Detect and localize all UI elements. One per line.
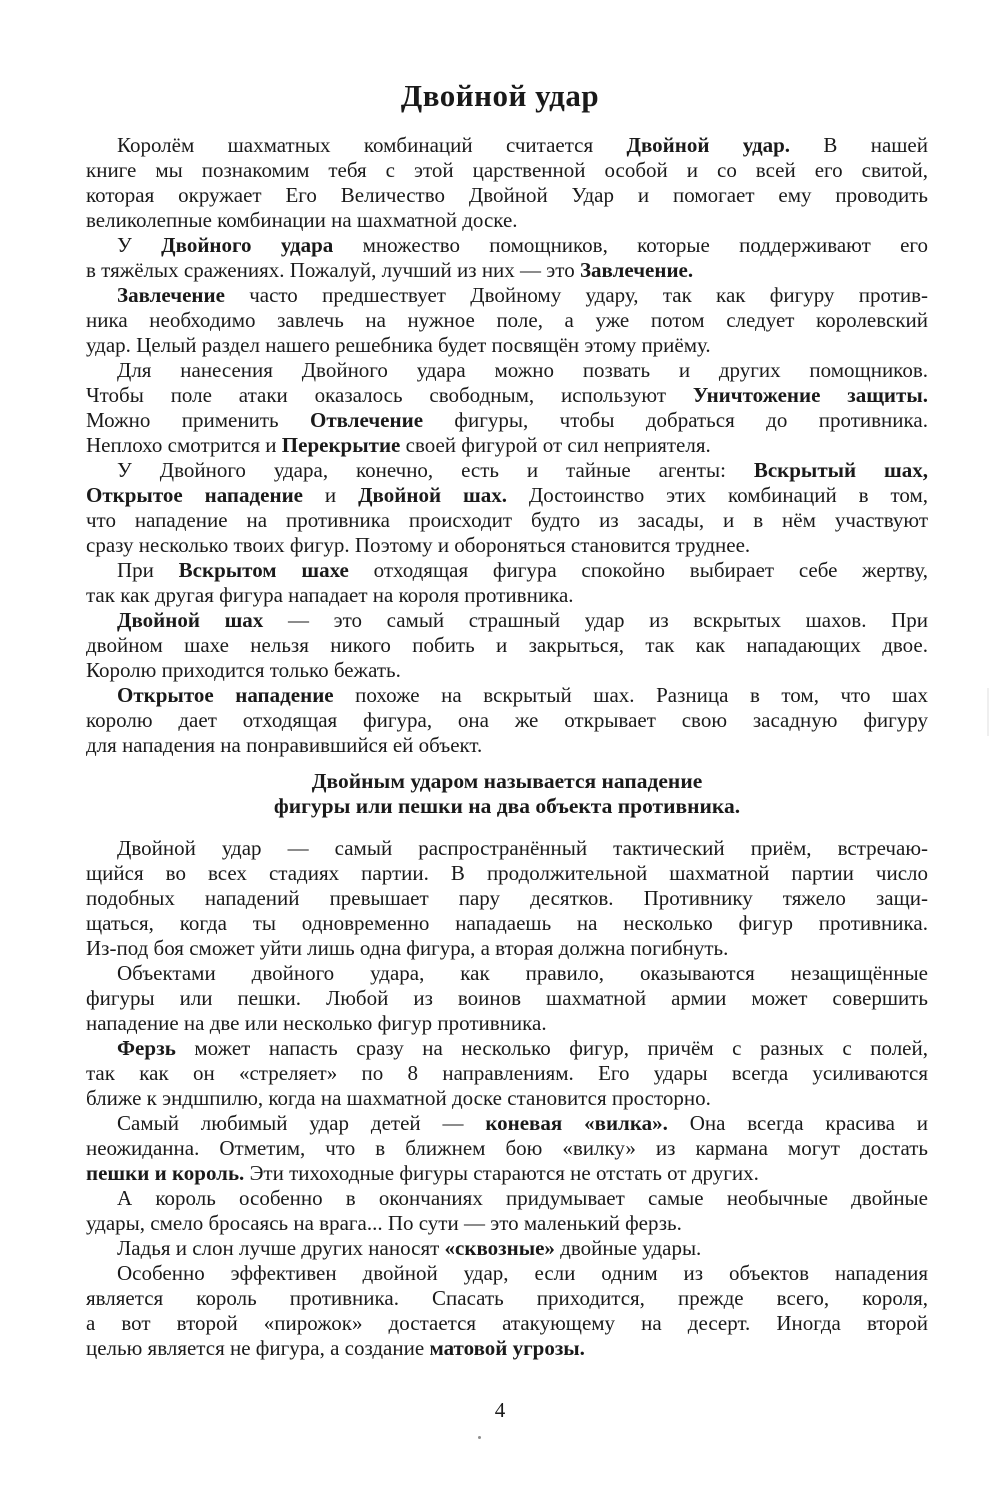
- text-line: подобных нападений превышает пару десятк…: [86, 886, 928, 911]
- text-line: Чтобы поле атаки оказалось свободным, ис…: [86, 383, 928, 408]
- text-line: двойном шахе нельзя никого побить и закр…: [86, 633, 928, 658]
- plain-text: удары, смело бросаясь на врага... По сут…: [86, 1211, 682, 1235]
- plain-text: А король особенно в окончаниях придумыва…: [117, 1186, 928, 1210]
- text-line: что нападение на противника происходит б…: [86, 508, 928, 533]
- plain-text: Для нанесения Двойного удара можно позва…: [117, 358, 928, 382]
- text-line: Открытое нападение и Двойной шах. Достои…: [86, 483, 928, 508]
- bold-text: коневая «вилка».: [485, 1111, 668, 1135]
- page-body: Королём шахматных комбинаций считается Д…: [86, 133, 928, 1361]
- plain-text: Объектами двойного удара, как правило, о…: [117, 961, 928, 985]
- text-line: нападение на две или несколько фигур про…: [86, 1011, 928, 1036]
- plain-text: своей фигурой от сил неприятеля.: [400, 433, 710, 457]
- bold-text: Вскрытый шах,: [754, 458, 928, 482]
- plain-text: сразу несколько твоих фигур. Поэтому и о…: [86, 533, 750, 557]
- scan-speck: [478, 1436, 481, 1439]
- plain-text: Из-под боя сможет уйти лишь одна фигура,…: [86, 936, 728, 960]
- plain-text: а вот второй «пирожок» достается атакующ…: [86, 1311, 928, 1335]
- centered-heading: Двойным ударом называется нападениефигур…: [86, 769, 928, 819]
- plain-text: является король противника. Спасать прих…: [86, 1286, 928, 1310]
- plain-text: удар. Целый раздел нашего решебника буде…: [86, 333, 711, 357]
- text-line: так как другая фигура нападает на короля…: [86, 583, 928, 608]
- plain-text: Можно применить: [86, 408, 310, 432]
- bold-text: Завлечение: [117, 283, 225, 307]
- plain-text: целью является не фигура, а создание: [86, 1336, 429, 1360]
- text-line: которая окружает Его Величество Двойной …: [86, 183, 928, 208]
- page-title: Двойной удар: [0, 0, 1000, 113]
- paragraph: Завлечение часто предшествует Двойному у…: [86, 283, 928, 358]
- text-line: щаться, когда ты одновременно нападаешь …: [86, 911, 928, 936]
- text-line: Королю приходится только бежать.: [86, 658, 928, 683]
- paragraph: Открытое нападение похоже на вскрытый ша…: [86, 683, 928, 758]
- plain-text: великолепные комбинации на шахматной дос…: [86, 208, 518, 232]
- text-line: удары, смело бросаясь на врага... По сут…: [86, 1211, 928, 1236]
- plain-text: фигуры, чтобы добраться до противника.: [423, 408, 928, 432]
- plain-text: отходящая фигура спокойно выбирает себе …: [349, 558, 928, 582]
- scan-artifact-line: [987, 688, 989, 736]
- bold-text: «сквозные»: [445, 1236, 555, 1260]
- text-line: Двойной шах — это самый страшный удар из…: [86, 608, 928, 633]
- text-line: Из-под боя сможет уйти лишь одна фигура,…: [86, 936, 928, 961]
- text-line: Можно применить Отвлечение фигуры, чтобы…: [86, 408, 928, 433]
- plain-text: Самый любимый удар детей —: [117, 1111, 485, 1135]
- bold-text: Двойной шах.: [358, 483, 507, 507]
- text-line: Самый любимый удар детей — коневая «вилк…: [86, 1111, 928, 1136]
- paragraph: А король особенно в окончаниях придумыва…: [86, 1186, 928, 1236]
- plain-text: Чтобы поле атаки оказалось свободным, ис…: [86, 383, 693, 407]
- text-line: великолепные комбинации на шахматной дос…: [86, 208, 928, 233]
- text-line: Завлечение часто предшествует Двойному у…: [86, 283, 928, 308]
- text-line: А король особенно в окончаниях придумыва…: [86, 1186, 928, 1211]
- plain-text: для нападения на понравившийся ей объект…: [86, 733, 482, 757]
- text-line: Королём шахматных комбинаций считается Д…: [86, 133, 928, 158]
- plain-text: фигуры или пешки на два объекта противни…: [274, 794, 740, 818]
- text-line: У Двойного удара множество помощников, к…: [86, 233, 928, 258]
- paragraph: У Двойного удара, конечно, есть и тайные…: [86, 458, 928, 558]
- plain-text: так как другая фигура нападает на короля…: [86, 583, 574, 607]
- text-line: неожиданна. Отметим, что в ближнем бою «…: [86, 1136, 928, 1161]
- text-line: в тяжёлых сражениях. Пожалуй, лучший из …: [86, 258, 928, 283]
- plain-text: При: [117, 558, 179, 582]
- text-line: является король противника. Спасать прих…: [86, 1286, 928, 1311]
- paragraph: Двойной удар — самый распространённый та…: [86, 836, 928, 961]
- bold-text: Ферзь: [117, 1036, 176, 1060]
- bold-text: Двойной шах: [117, 608, 263, 632]
- plain-text: королю дает отходящая фигура, она же отк…: [86, 708, 928, 732]
- paragraph: Особенно эффективен двойной удар, если о…: [86, 1261, 928, 1361]
- plain-text: Королю приходится только бежать.: [86, 658, 401, 682]
- bold-text: Перекрытие: [282, 433, 401, 457]
- bold-text: Завлечение.: [580, 258, 693, 282]
- book-page: Двойной удар Королём шахматных комбинаци…: [0, 0, 1000, 1492]
- bold-text: Двойной удар.: [627, 133, 791, 157]
- bold-text: Открытое нападение: [117, 683, 334, 707]
- text-line: Для нанесения Двойного удара можно позва…: [86, 358, 928, 383]
- text-line: ближе к эндшпилю, когда на шахматной дос…: [86, 1086, 928, 1111]
- text-line: При Вскрытом шахе отходящая фигура споко…: [86, 558, 928, 583]
- text-line: удар. Целый раздел нашего решебника буде…: [86, 333, 928, 358]
- plain-text: двойные удары.: [555, 1236, 701, 1260]
- paragraph: При Вскрытом шахе отходящая фигура споко…: [86, 558, 928, 608]
- plain-text: подобных нападений превышает пару десятк…: [86, 886, 928, 910]
- text-line: сразу несколько твоих фигур. Поэтому и о…: [86, 533, 928, 558]
- plain-text: множество помощников, которые поддержива…: [333, 233, 928, 257]
- plain-text: что нападение на противника происходит б…: [86, 508, 928, 532]
- text-line: Ферзь может напасть сразу на несколько ф…: [86, 1036, 928, 1061]
- plain-text: часто предшествует Двойному удару, так к…: [225, 283, 928, 307]
- paragraph: Самый любимый удар детей — коневая «вилк…: [86, 1111, 928, 1186]
- plain-text: так как он «стреляет» по 8 направлениям.…: [86, 1061, 928, 1085]
- text-line: книге мы познакомим тебя с этой царствен…: [86, 158, 928, 183]
- plain-text: Королём шахматных комбинаций считается: [117, 133, 627, 157]
- page-number: 4: [0, 1398, 1000, 1423]
- plain-text: Ладья и слон лучше других наносят: [117, 1236, 445, 1260]
- plain-text: в тяжёлых сражениях. Пожалуй, лучший из …: [86, 258, 580, 282]
- paragraph: Объектами двойного удара, как правило, о…: [86, 961, 928, 1036]
- bold-text: Отвлечение: [310, 408, 423, 432]
- plain-text: фигуры или пешки. Любой из воинов шахмат…: [86, 986, 928, 1010]
- plain-text: Двойным ударом называется нападение: [312, 769, 703, 793]
- paragraph: У Двойного удара множество помощников, к…: [86, 233, 928, 283]
- paragraph: Королём шахматных комбинаций считается Д…: [86, 133, 928, 233]
- plain-text: двойном шахе нельзя никого побить и закр…: [86, 633, 928, 657]
- plain-text: книге мы познакомим тебя с этой царствен…: [86, 158, 928, 182]
- text-line: щийся во всех стадиях партии. В продолжи…: [86, 861, 928, 886]
- text-line: а вот второй «пирожок» достается атакующ…: [86, 1311, 928, 1336]
- bold-text: пешки и король.: [86, 1161, 244, 1185]
- text-line: фигуры или пешки на два объекта противни…: [86, 794, 928, 819]
- text-line: Двойным ударом называется нападение: [86, 769, 928, 794]
- paragraph: Ладья и слон лучше других наносят «сквоз…: [86, 1236, 928, 1261]
- text-line: Неплохо смотрится и Перекрытие своей фиг…: [86, 433, 928, 458]
- plain-text: Она всегда красива и: [668, 1111, 928, 1135]
- text-line: Объектами двойного удара, как правило, о…: [86, 961, 928, 986]
- text-line: пешки и король. Эти тихоходные фигуры ст…: [86, 1161, 928, 1186]
- text-line: Открытое нападение похоже на вскрытый ша…: [86, 683, 928, 708]
- plain-text: нападение на две или несколько фигур про…: [86, 1011, 547, 1035]
- plain-text: неожиданна. Отметим, что в ближнем бою «…: [86, 1136, 928, 1160]
- plain-text: — это самый страшный удар из вскрытых ша…: [263, 608, 928, 632]
- text-line: для нападения на понравившийся ей объект…: [86, 733, 928, 758]
- text-line: Двойной удар — самый распространённый та…: [86, 836, 928, 861]
- plain-text: Особенно эффективен двойной удар, если о…: [117, 1261, 928, 1285]
- plain-text: может напасть сразу на несколько фигур, …: [176, 1036, 928, 1060]
- text-line: ника необходимо завлечь на нужное поле, …: [86, 308, 928, 333]
- text-line: целью является не фигура, а создание мат…: [86, 1336, 928, 1361]
- plain-text: Эти тихоходные фигуры стараются не отста…: [244, 1161, 759, 1185]
- plain-text: и: [303, 483, 358, 507]
- text-line: У Двойного удара, конечно, есть и тайные…: [86, 458, 928, 483]
- text-line: так как он «стреляет» по 8 направлениям.…: [86, 1061, 928, 1086]
- paragraph: Ферзь может напасть сразу на несколько ф…: [86, 1036, 928, 1111]
- plain-text: щийся во всех стадиях партии. В продолжи…: [86, 861, 928, 885]
- plain-text: ника необходимо завлечь на нужное поле, …: [86, 308, 928, 332]
- plain-text: щаться, когда ты одновременно нападаешь …: [86, 911, 928, 935]
- text-line: Особенно эффективен двойной удар, если о…: [86, 1261, 928, 1286]
- plain-text: ближе к эндшпилю, когда на шахматной дос…: [86, 1086, 711, 1110]
- plain-text: Двойной удар — самый распространённый та…: [117, 836, 928, 860]
- plain-text: которая окружает Его Величество Двойной …: [86, 183, 928, 207]
- text-line: Ладья и слон лучше других наносят «сквоз…: [86, 1236, 928, 1261]
- paragraph: Двойной шах — это самый страшный удар из…: [86, 608, 928, 683]
- text-line: фигуры или пешки. Любой из воинов шахмат…: [86, 986, 928, 1011]
- bold-text: матовой угрозы.: [429, 1336, 584, 1360]
- plain-text: Достоинство этих комбинаций в том,: [507, 483, 928, 507]
- bold-text: Открытое нападение: [86, 483, 303, 507]
- plain-text: У Двойного удара, конечно, есть и тайные…: [117, 458, 754, 482]
- plain-text: Неплохо смотрится и: [86, 433, 282, 457]
- bold-text: Уничтожение защиты.: [693, 383, 928, 407]
- plain-text: В нашей: [790, 133, 928, 157]
- bold-text: Двойного удара: [161, 233, 333, 257]
- plain-text: У: [117, 233, 161, 257]
- text-line: королю дает отходящая фигура, она же отк…: [86, 708, 928, 733]
- plain-text: похоже на вскрытый шах. Разница в том, ч…: [334, 683, 928, 707]
- paragraph: Для нанесения Двойного удара можно позва…: [86, 358, 928, 458]
- bold-text: Вскрытом шахе: [179, 558, 349, 582]
